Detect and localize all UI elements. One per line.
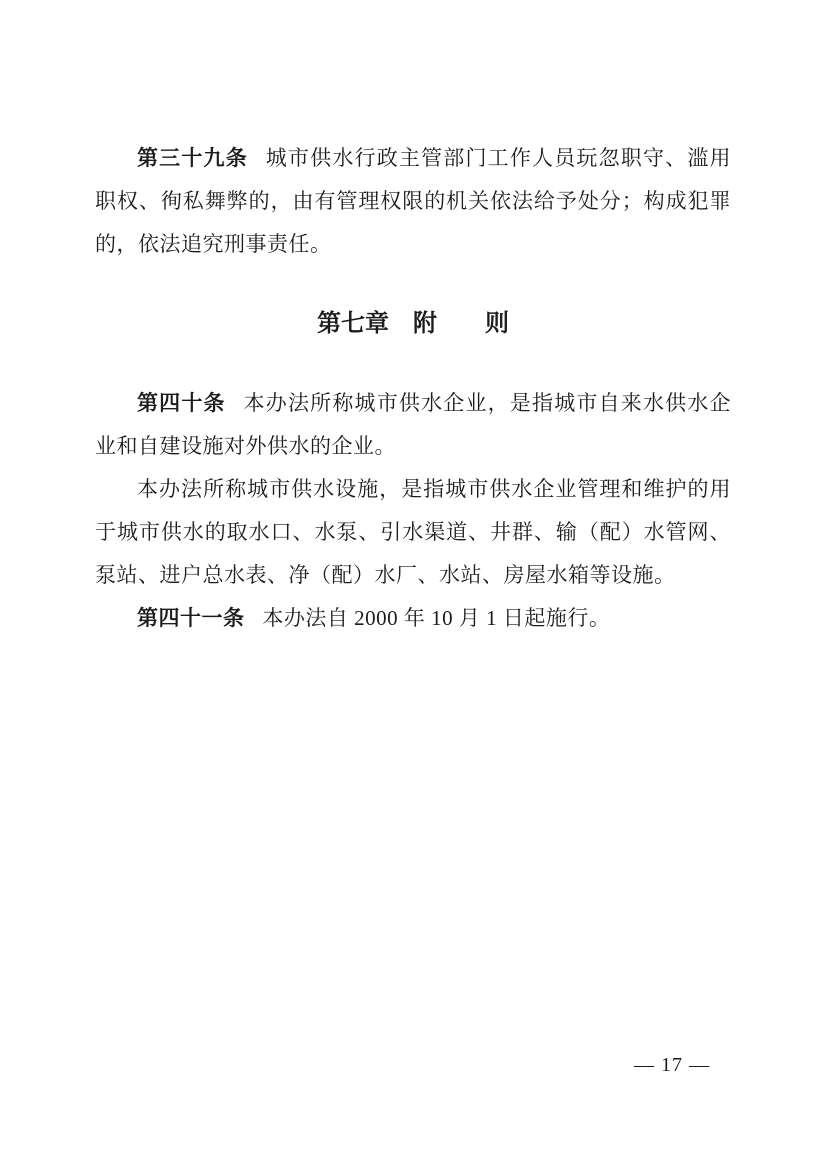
- article-41-number: 第四十一条: [137, 607, 245, 630]
- article-40-number: 第四十条: [137, 392, 226, 415]
- article-39-paragraph: 第三十九条城市供水行政主管部门工作人员玩忽职守、滥用职权、徇私舞弊的，由有管理权…: [95, 137, 731, 266]
- page-number: — 17 —: [634, 1053, 710, 1077]
- article-41-paragraph: 第四十一条本办法自 2000 年 10 月 1 日起施行。: [95, 597, 731, 640]
- article-40-paragraph: 第四十条本办法所称城市供水企业，是指城市自来水供水企业和自建设施对外供水的企业。: [95, 382, 731, 468]
- article-39-number: 第三十九条: [137, 147, 248, 170]
- document-body: 第三十九条城市供水行政主管部门工作人员玩忽职守、滥用职权、徇私舞弊的，由有管理权…: [95, 137, 731, 640]
- article-41-text: 本办法自 2000 年 10 月 1 日起施行。: [262, 606, 610, 630]
- article-40-paragraph-2-text: 本办法所称城市供水设施，是指城市供水企业管理和维护的用于城市供水的取水口、水泵、…: [95, 477, 731, 587]
- document-page: 第三十九条城市供水行政主管部门工作人员玩忽职守、滥用职权、徇私舞弊的，由有管理权…: [0, 0, 826, 1169]
- article-40-paragraph-2: 本办法所称城市供水设施，是指城市供水企业管理和维护的用于城市供水的取水口、水泵、…: [95, 468, 731, 597]
- chapter-7-heading: 第七章 附 则: [95, 302, 731, 345]
